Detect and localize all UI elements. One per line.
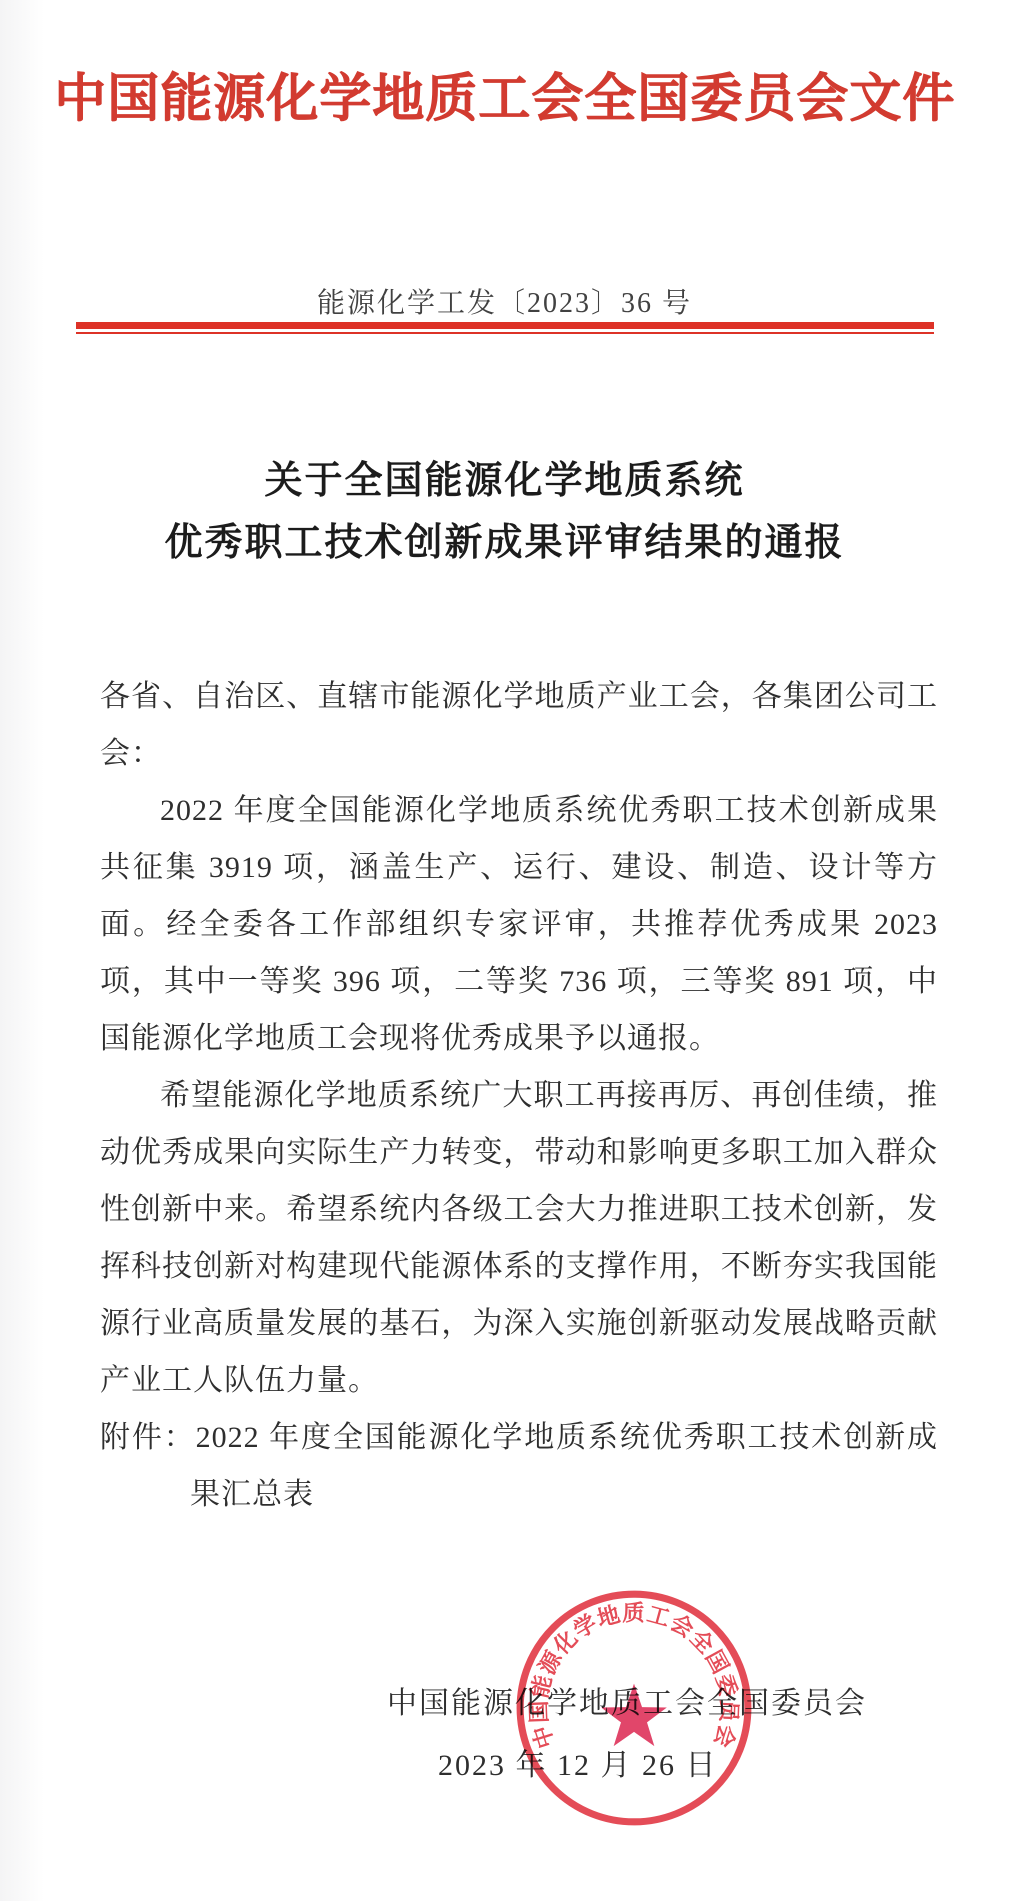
issuing-organization-signature: 中国能源化学地质工会全国委员会: [387, 1678, 867, 1722]
red-divider-thick: [76, 322, 934, 329]
document-title-line1: 关于全国能源化学地质系统: [0, 450, 1009, 512]
document-page: 中国能源化学地质工会全国委员会文件 能源化学工发〔2023〕36 号 关于全国能…: [0, 0, 1009, 1901]
body-paragraph-1: 2022 年度全国能源化学地质系统优秀职工技术创新成果共征集 3919 项，涵盖…: [100, 782, 938, 1067]
salutation: 各省、自治区、直辖市能源化学地质产业工会，各集团公司工会：: [100, 668, 938, 782]
issue-date: 2023 年 12 月 26 日: [438, 1740, 718, 1784]
attachment-note: 附件：2022 年度全国能源化学地质系统优秀职工技术创新成果汇总表: [100, 1409, 938, 1523]
document-body: 各省、自治区、直辖市能源化学地质产业工会，各集团公司工会： 2022 年度全国能…: [100, 668, 938, 1523]
document-title: 关于全国能源化学地质系统 优秀职工技术创新成果评审结果的通报: [0, 450, 1009, 574]
document-reference-number: 能源化学工发〔2023〕36 号: [0, 281, 1009, 321]
document-title-line2: 优秀职工技术创新成果评审结果的通报: [0, 512, 1009, 574]
body-paragraph-2: 希望能源化学地质系统广大职工再接再厉、再创佳绩，推动优秀成果向实际生产力转变，带…: [100, 1067, 938, 1409]
seal-arc-text: 中国能源化学地质工会全国委员会: [526, 1601, 742, 1752]
red-divider-thin: [76, 332, 934, 334]
letterhead-org-title: 中国能源化学地质工会全国委员会文件: [0, 62, 1009, 138]
